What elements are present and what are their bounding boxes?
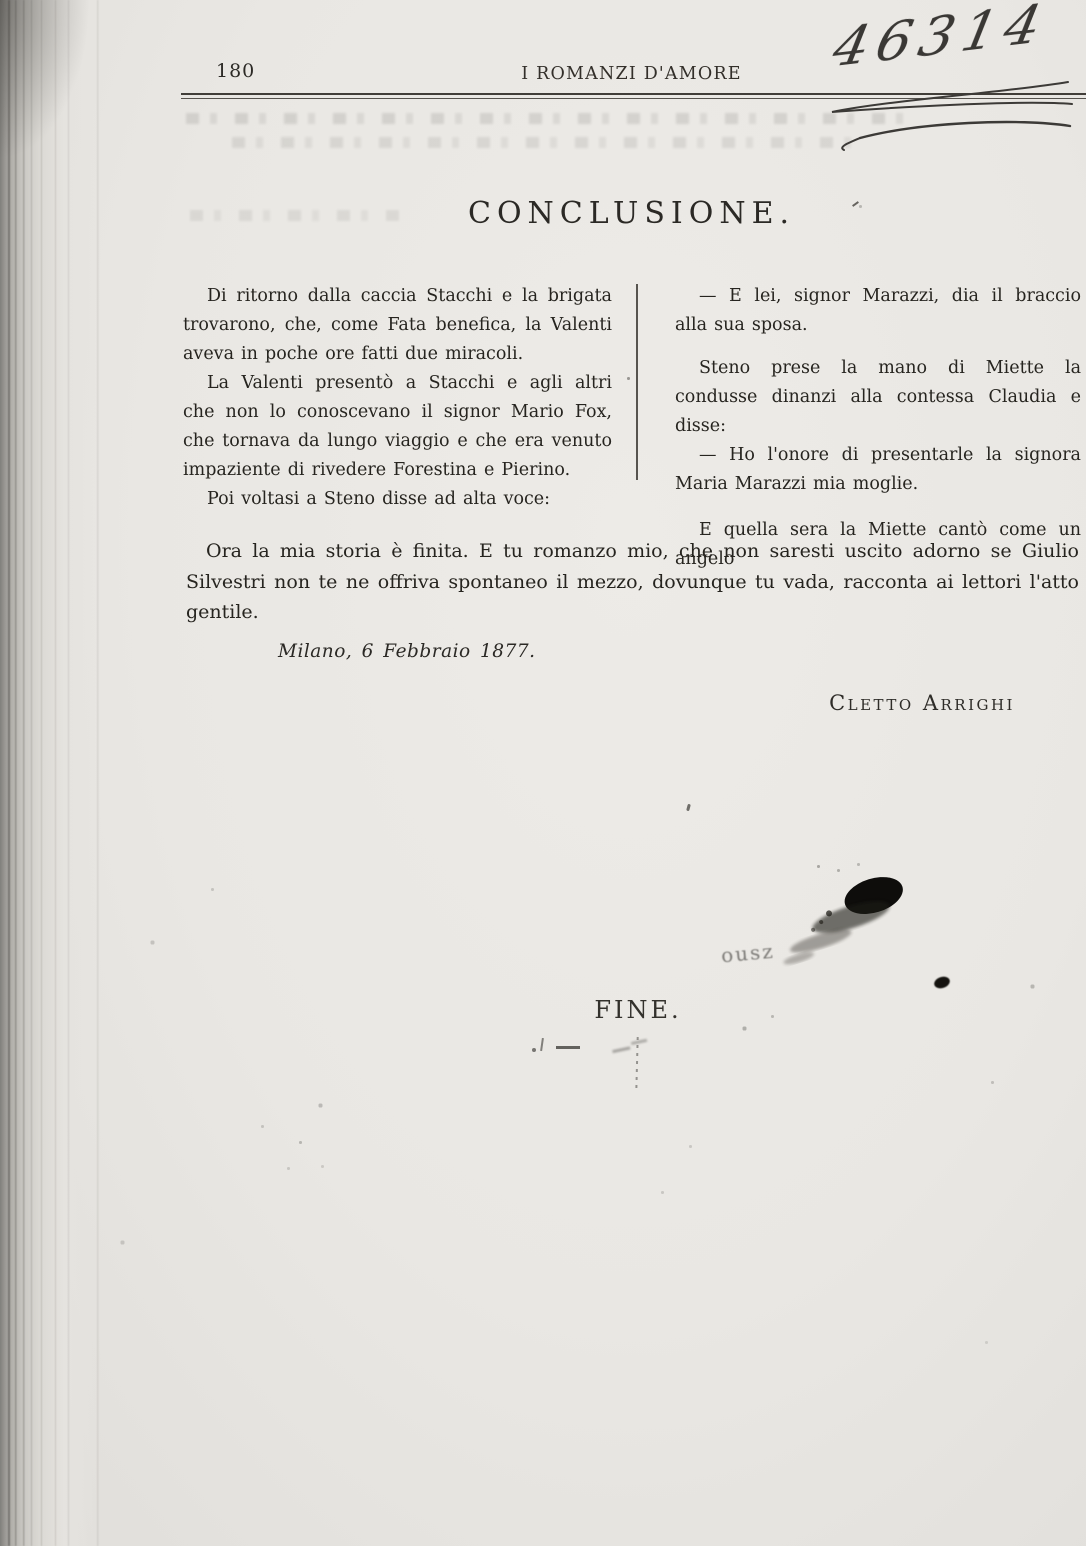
- closing-paragraph: Ora la mia storia è finita. E tu romanzo…: [186, 536, 1079, 628]
- left-column: Di ritorno dalla caccia Stacchi e la bri…: [183, 282, 612, 514]
- ink-stain: [766, 852, 956, 982]
- author-signature: Cletto Arrighi: [183, 691, 1015, 715]
- dirt-mark: [540, 1038, 544, 1051]
- binding-corner-shadow: [0, 0, 90, 160]
- smudge-mark: [611, 1036, 653, 1058]
- paragraph: Di ritorno dalla caccia Stacchi e la bri…: [183, 282, 612, 369]
- scanned-book-page: 180 I ROMANZI D'AMORE 46314 CONCLUSIONE.…: [0, 0, 1086, 1546]
- paragraph: Poi voltasi a Steno disse ad alta voce:: [183, 485, 612, 514]
- bleedthrough-row: [232, 137, 868, 148]
- paragraph: — E lei, signor Marazzi, dia il braccio …: [675, 282, 1081, 340]
- paper-speckles: [0, 0, 1, 1]
- section-title: CONCLUSIONE.: [183, 196, 1080, 231]
- dateline: Milano, 6 Febbraio 1877.: [278, 641, 536, 662]
- end-mark: FINE.: [183, 996, 1086, 1024]
- paragraph: — Ho l'onore di presentarle la signora M…: [675, 441, 1081, 499]
- bleedthrough-text: ousz: [720, 939, 776, 968]
- bleedthrough-row: [186, 113, 910, 124]
- page-edge-lines: [0, 0, 120, 1546]
- paragraph: La Valenti presentò a Stacchi e agli alt…: [183, 369, 612, 485]
- column-divider-rule: [636, 284, 638, 480]
- right-column: — E lei, signor Marazzi, dia il braccio …: [675, 282, 1081, 574]
- pencil-dash-mark: [556, 1046, 580, 1049]
- dirt-mark: [686, 804, 691, 812]
- faint-fold-line: [635, 1037, 638, 1091]
- dirt-mark: [532, 1048, 536, 1052]
- paragraph: Steno prese la mano di Miette la conduss…: [675, 354, 1081, 441]
